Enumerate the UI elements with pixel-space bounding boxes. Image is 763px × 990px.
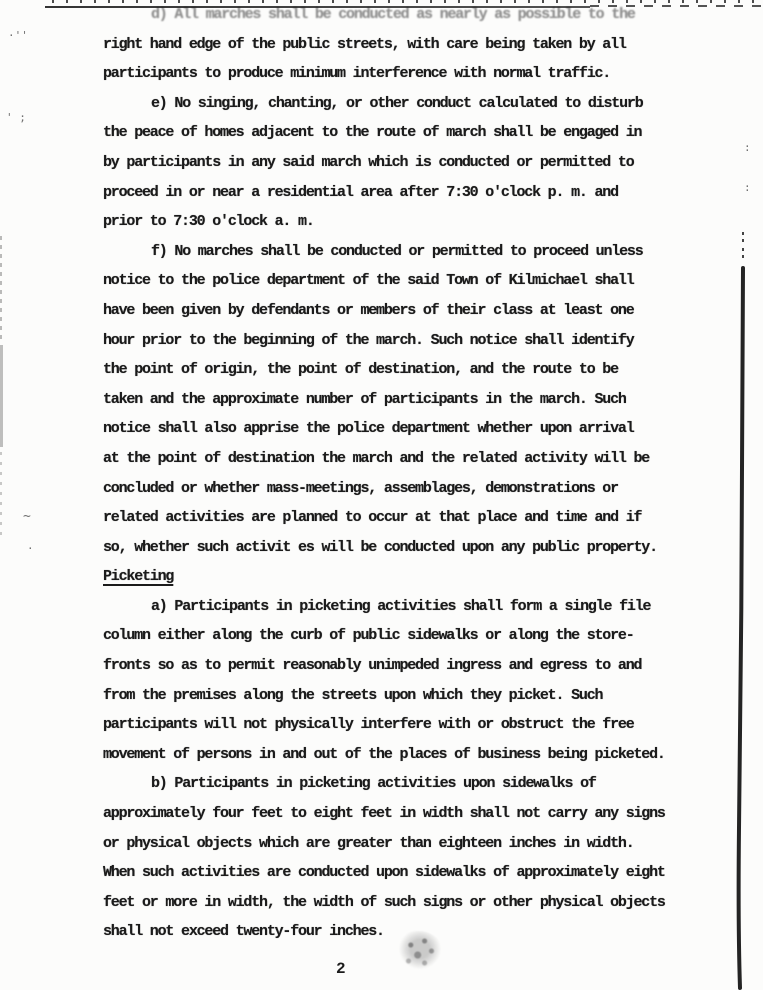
text-line: participants to produce minimum interfer… — [103, 59, 703, 89]
text-line: column either along the curb of public s… — [103, 621, 703, 651]
scanned-document-page: ·'' ' ; ~ · : : d) All marches shall be … — [0, 0, 763, 990]
stray-mark: : — [744, 182, 751, 193]
text-line: concluded or whether mass-meetings, asse… — [103, 474, 703, 504]
text-line: from the premises along the streets upon… — [103, 681, 703, 711]
left-edge-streak — [0, 452, 2, 538]
text-line: feet or more in width, the width of such… — [103, 888, 703, 918]
text-line: related activities are planned to occur … — [103, 503, 703, 533]
page-number: 2 — [336, 960, 346, 978]
text-line: notice to the police department of the s… — [103, 266, 703, 296]
text-line: d) All marches shall be conducted as nea… — [103, 0, 703, 30]
text-line: fronts so as to permit reasonably unimpe… — [103, 651, 703, 681]
text-line: right hand edge of the public streets, w… — [103, 30, 703, 60]
section-heading: Picketing — [103, 562, 703, 592]
text-line: When such activities are conducted upon … — [103, 858, 703, 888]
text-line: the point of origin, the point of destin… — [103, 355, 703, 385]
text-line: notice shall also apprise the police dep… — [103, 414, 703, 444]
text-line: the peace of homes adjacent to the route… — [103, 118, 703, 148]
text-line: participants will not physically interfe… — [103, 710, 703, 740]
stray-mark: · — [27, 543, 34, 554]
left-edge-streak — [0, 236, 2, 340]
text-line: at the point of destination the march an… — [103, 444, 703, 474]
text-line: prior to 7:30 o'clock a. m. — [103, 207, 703, 237]
stray-mark: : — [744, 142, 751, 153]
stray-mark: ·'' — [8, 30, 28, 41]
text-line: have been given by defendants or members… — [103, 296, 703, 326]
stray-mark: ' ; — [6, 112, 26, 123]
stray-mark: ~ — [23, 510, 31, 523]
text-line: shall not exceed twenty-four inches. — [103, 917, 703, 947]
document-lines: d) All marches shall be conducted as nea… — [103, 0, 703, 947]
text-line: hour prior to the beginning of the march… — [103, 326, 703, 356]
text-line: movement of persons in and out of the pl… — [103, 740, 703, 770]
text-line: e) No singing, chanting, or other conduc… — [103, 89, 703, 119]
left-edge-streak — [0, 345, 3, 447]
text-line: or physical objects which are greater th… — [103, 829, 703, 859]
right-edge-streak — [728, 228, 752, 990]
text-line: f) No marches shall be conducted or perm… — [103, 237, 703, 267]
text-line: proceed in or near a residential area af… — [103, 178, 703, 208]
text-line: so, whether such activit es will be cond… — [103, 533, 703, 563]
text-line: approximately four feet to eight feet in… — [103, 799, 703, 829]
text-line: taken and the approximate number of part… — [103, 385, 703, 415]
text-line: b) Participants in picketing activities … — [103, 769, 703, 799]
text-line: a) Participants in picketing activities … — [103, 592, 703, 622]
text-line: by participants in any said march which … — [103, 148, 703, 178]
